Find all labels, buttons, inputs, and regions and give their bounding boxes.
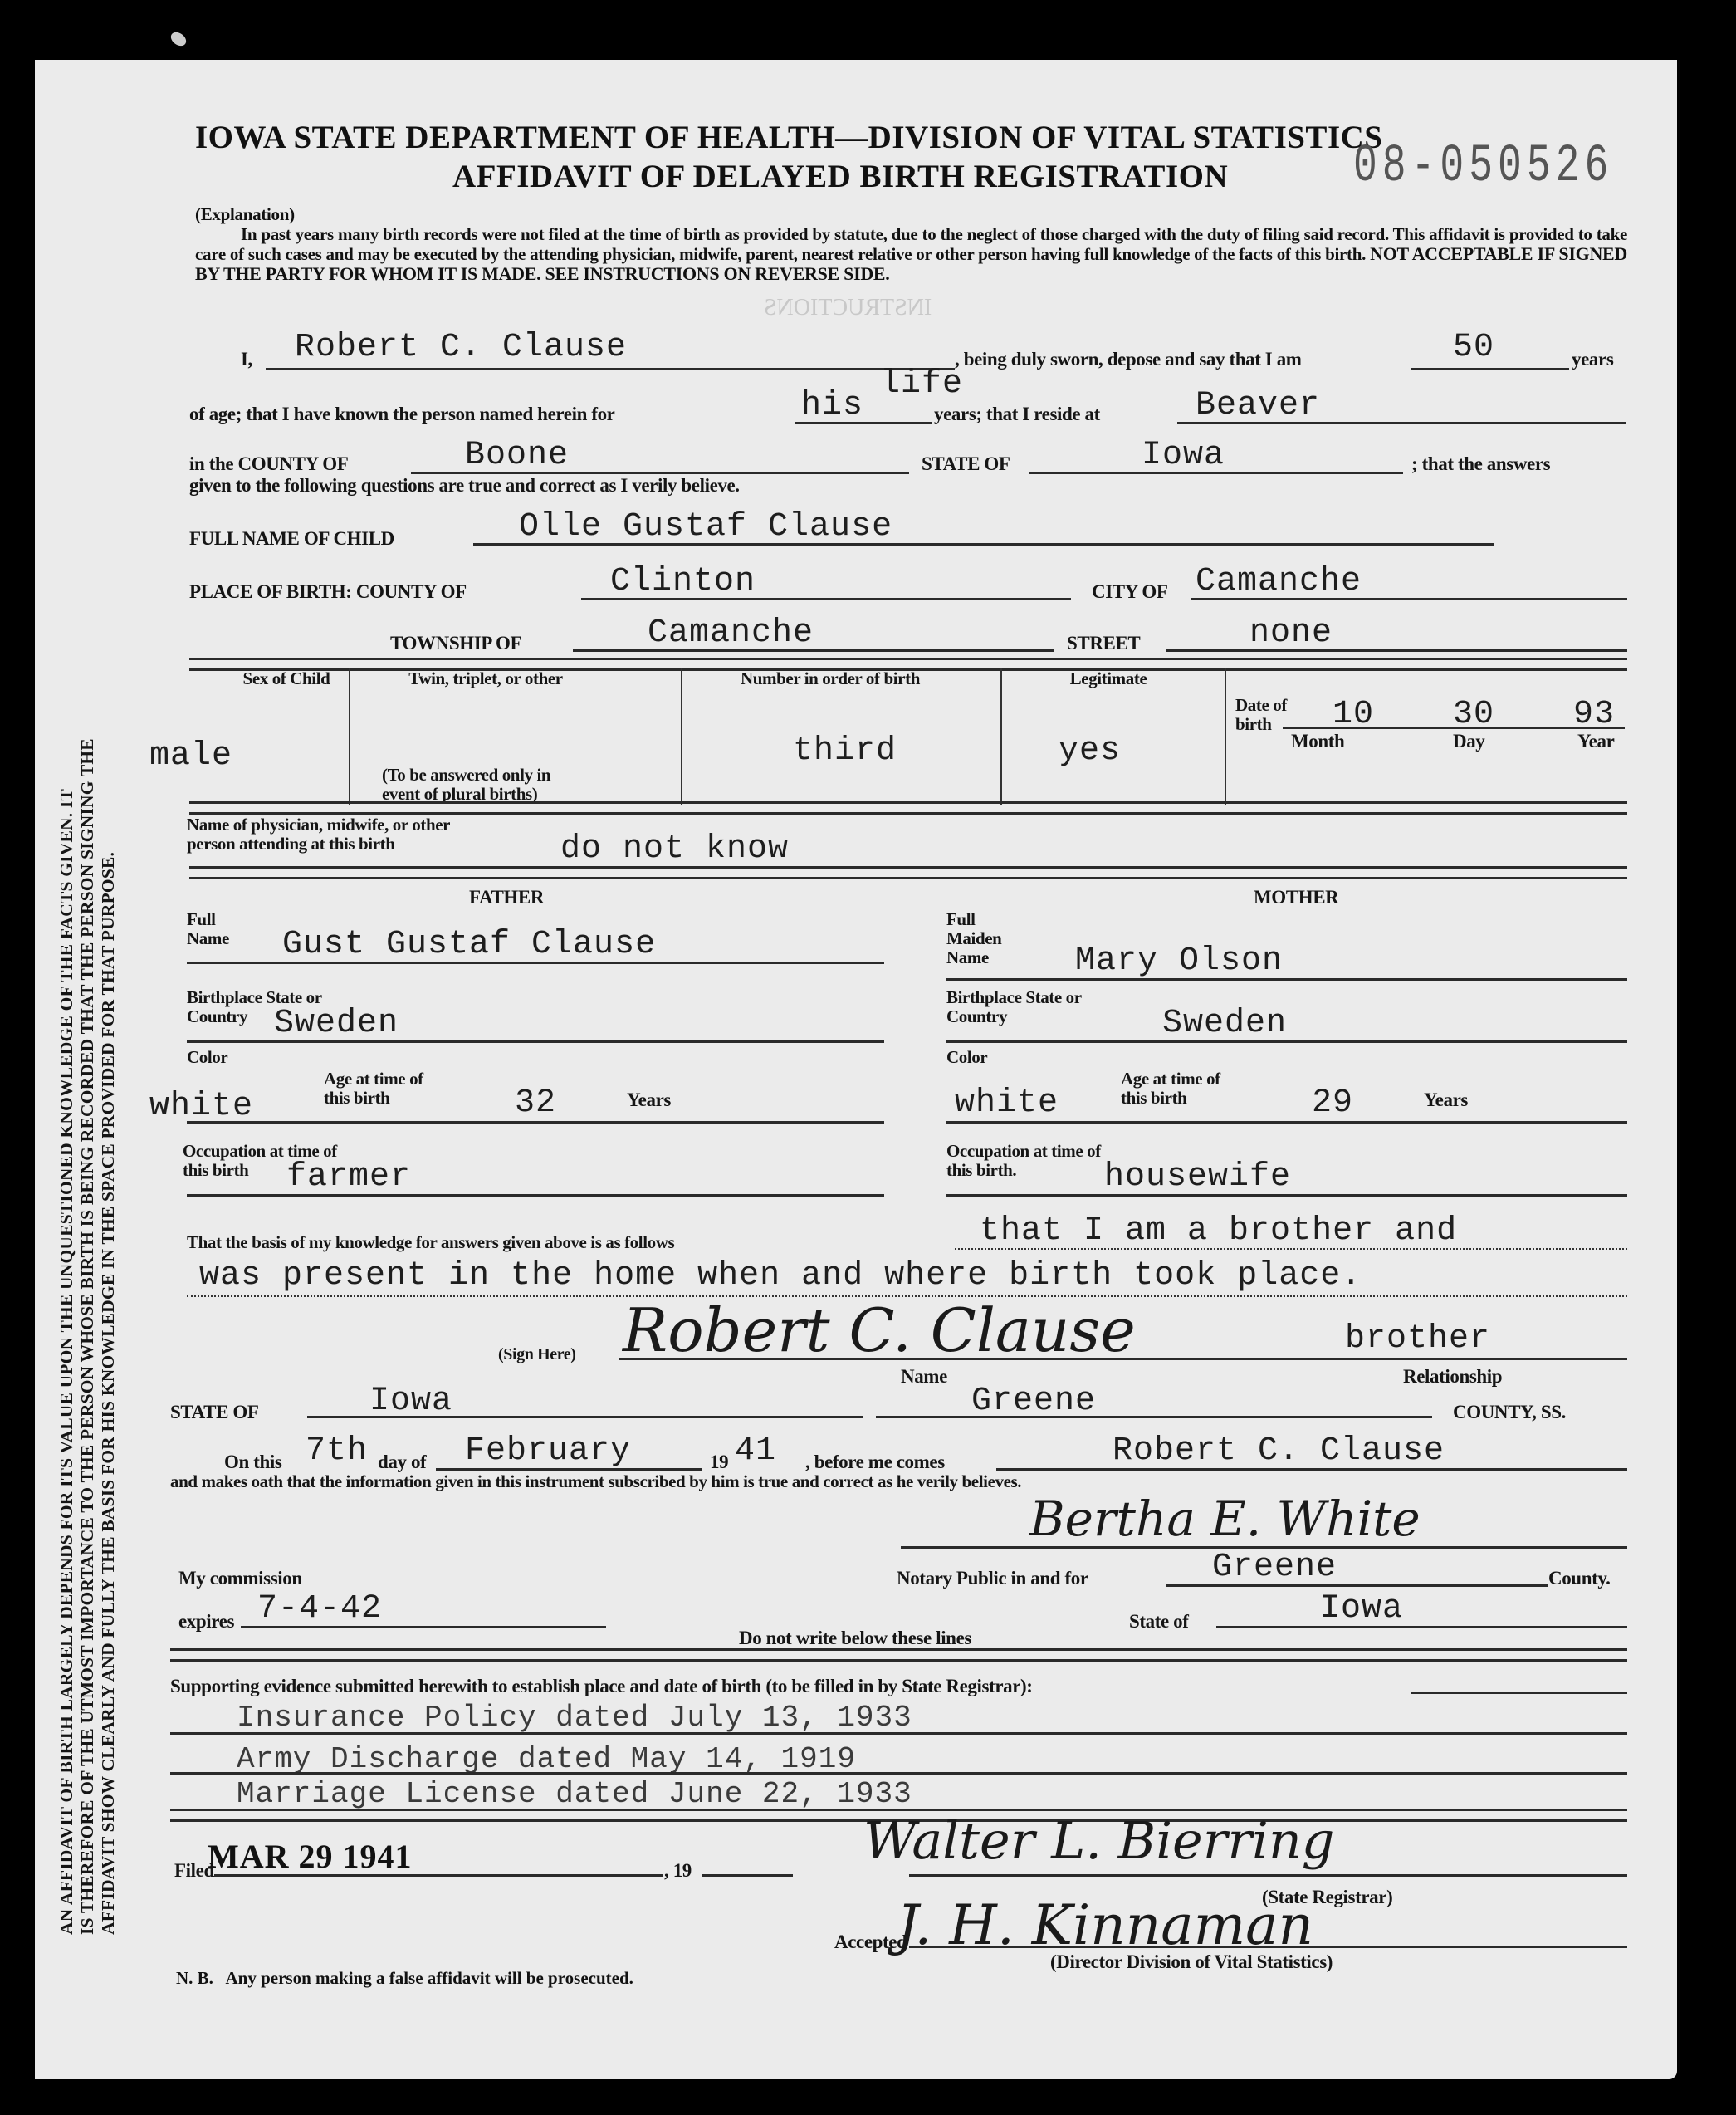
- table-divider: [349, 668, 350, 805]
- table-divider: [1225, 668, 1226, 805]
- label-mother-occupation: Occupation at time of this birth.: [946, 1142, 1129, 1180]
- label-township: TOWNSHIP OF: [390, 633, 521, 654]
- label-county-ss: COUNTY, SS.: [1453, 1402, 1566, 1423]
- label-19: 19: [710, 1452, 728, 1473]
- sidebar-notice-line: AFFIDAVIT SHOW CLEARLY AND FULLY THE BAS…: [98, 42, 119, 1935]
- form-title: AFFIDAVIT OF DELAYED BIRTH REGISTRATION: [452, 158, 1228, 195]
- table-divider: [681, 668, 682, 805]
- attendant-name[interactable]: do not know: [560, 830, 789, 868]
- reverse-bleed-text: INSTRUCTIONS: [764, 295, 932, 321]
- mother-name[interactable]: Mary Olson: [1075, 942, 1283, 980]
- attendant-line: [189, 866, 1627, 879]
- commission-expires[interactable]: 7-4-42: [257, 1590, 382, 1628]
- label-month: Month: [1291, 731, 1344, 752]
- label-place-of-birth: PLACE OF BIRTH: COUNTY OF: [189, 581, 467, 603]
- table-bottom-border: [189, 801, 1627, 815]
- birth-day[interactable]: 30: [1453, 696, 1494, 733]
- label-notary-state-of: State of: [1129, 1611, 1189, 1633]
- mother-occupation[interactable]: housewife: [1104, 1158, 1291, 1196]
- evidence-item[interactable]: Army Discharge dated May 14, 1919: [237, 1742, 856, 1776]
- affiant-state[interactable]: Iowa: [1142, 437, 1225, 474]
- evidence-line-1: [170, 1732, 1627, 1735]
- filed-19-line: [702, 1874, 793, 1877]
- sidebar-notice-line: AN AFFIDAVIT OF BIRTH LARGELY DEPENDS FO…: [56, 42, 77, 1935]
- do-not-write-notice: Do not write below these lines: [739, 1628, 971, 1649]
- label-child-name: FULL NAME OF CHILD: [189, 528, 394, 550]
- residence[interactable]: Beaver: [1196, 387, 1320, 424]
- child-full-name[interactable]: Olle Gustaf Clause: [519, 508, 892, 546]
- label-i: I,: [241, 349, 252, 370]
- father-color[interactable]: white: [149, 1088, 253, 1125]
- label-mother-years: Years: [1424, 1089, 1468, 1111]
- mother-color[interactable]: white: [955, 1084, 1059, 1122]
- father-occupation[interactable]: farmer: [286, 1158, 411, 1196]
- child-sex[interactable]: male: [149, 737, 232, 775]
- label-mother-age: Age at time of this birth: [1121, 1070, 1245, 1108]
- father-age[interactable]: 32: [515, 1084, 556, 1122]
- notary-signature[interactable]: Bertha E. White: [1029, 1491, 1421, 1547]
- label-father-years: Years: [627, 1089, 671, 1111]
- legitimate[interactable]: yes: [1059, 732, 1121, 770]
- father-name[interactable]: Gust Gustaf Clause: [282, 926, 656, 963]
- film-speck: [169, 30, 188, 49]
- filed-date-stamp: MAR 29 1941: [208, 1837, 413, 1876]
- notary-state-line-2: [1216, 1626, 1627, 1628]
- birth-order[interactable]: third: [793, 732, 897, 770]
- label-father-color: Color: [187, 1048, 227, 1067]
- label-county-dot: County.: [1548, 1568, 1611, 1589]
- label-sign-here: (Sign Here): [498, 1345, 576, 1364]
- label-years: years: [1572, 349, 1613, 370]
- mother-heading: MOTHER: [1254, 887, 1338, 908]
- col-header-twin: Twin, triplet, or other: [382, 669, 589, 688]
- label-relationship: Relationship: [1403, 1366, 1502, 1388]
- false-affidavit-notice: N. B. Any person making a false affidavi…: [176, 1968, 633, 1989]
- birth-street[interactable]: none: [1249, 614, 1333, 652]
- birth-month[interactable]: 10: [1333, 696, 1374, 733]
- evidence-item[interactable]: Insurance Policy dated July 13, 1933: [237, 1701, 912, 1735]
- notary-county[interactable]: Greene: [971, 1383, 1096, 1420]
- affiant-age-line: [1411, 368, 1569, 370]
- birth-year[interactable]: 93: [1573, 696, 1615, 733]
- label-notary-for: Notary Public in and for: [897, 1568, 1088, 1589]
- evidence-item[interactable]: Marriage License dated June 22, 1933: [237, 1777, 912, 1811]
- label-day: Day: [1453, 731, 1484, 752]
- label-mother-color: Color: [946, 1048, 987, 1067]
- mother-age[interactable]: 29: [1312, 1084, 1353, 1122]
- label-on-this: On this: [224, 1452, 281, 1473]
- file-number-stamp: 08-050526: [1353, 137, 1613, 197]
- col-header-legitimate: Legitimate: [1054, 669, 1162, 688]
- label-reside: years; that I reside at: [934, 404, 1100, 425]
- label-city: CITY OF: [1092, 581, 1168, 603]
- label-county: in the COUNTY OF: [189, 453, 348, 475]
- label-basis: That the basis of my knowledge for answe…: [187, 1232, 674, 1253]
- label-expires: expires: [178, 1611, 234, 1633]
- label-mother-name: Full Maiden Name: [946, 910, 1013, 967]
- col-header-sex: Sex of Child: [241, 669, 332, 688]
- twin-note: (To be answered only in event of plural …: [382, 766, 565, 804]
- director-signature: J. H. Kinnaman: [897, 1893, 1313, 1957]
- basis-line2[interactable]: was present in the home when and where b…: [199, 1257, 1362, 1295]
- table-divider: [1000, 668, 1002, 805]
- label-known: of age; that I have known the person nam…: [189, 404, 614, 425]
- label-notary-state: STATE OF: [170, 1402, 259, 1423]
- registrar-signature: Walter L. Bierring: [863, 1810, 1334, 1871]
- jurat-month[interactable]: February: [465, 1432, 631, 1470]
- jurat-year[interactable]: 41: [735, 1432, 776, 1470]
- oath-text: and makes oath that the information give…: [170, 1471, 1021, 1492]
- label-believe: given to the following questions are tru…: [189, 475, 740, 497]
- label-attendant: Name of physician, midwife, or other per…: [187, 815, 461, 854]
- evidence-line-0: [1411, 1692, 1627, 1694]
- father-birthplace[interactable]: Sweden: [274, 1005, 399, 1042]
- label-state: STATE OF: [922, 453, 1010, 475]
- known-for-life[interactable]: life: [880, 365, 963, 403]
- affiant-county[interactable]: Boone: [465, 437, 569, 474]
- basis-line1[interactable]: that I am a brother and: [980, 1212, 1457, 1250]
- relationship[interactable]: brother: [1345, 1320, 1490, 1358]
- label-sworn: , being duly sworn, depose and say that …: [955, 349, 1302, 370]
- explanation-label: (Explanation): [195, 204, 295, 224]
- label-filed-19: , 19: [664, 1860, 692, 1882]
- mother-name-line: [946, 978, 1627, 981]
- notary-for-state[interactable]: Iowa: [1320, 1590, 1403, 1628]
- affiant-age[interactable]: 50: [1453, 329, 1494, 366]
- label-director: (Director Division of Vital Statistics): [1050, 1951, 1333, 1973]
- notary-state[interactable]: Iowa: [369, 1383, 452, 1420]
- jurat-day[interactable]: 7th: [306, 1432, 368, 1470]
- department-title: IOWA STATE DEPARTMENT OF HEALTH—DIVISION…: [195, 119, 1382, 156]
- street-line: [1166, 649, 1627, 652]
- explanation-text: In past years many birth records were no…: [195, 224, 1627, 284]
- col-header-order: Number in order of birth: [739, 669, 922, 688]
- label-name: Name: [901, 1366, 947, 1388]
- label-street: STREET: [1067, 633, 1140, 654]
- label-commission: My commission: [178, 1568, 302, 1589]
- known-for-his[interactable]: his: [801, 387, 863, 424]
- sidebar-notice-line: IS THEREFORE OF THE UTMOST IMPORTANCE TO…: [77, 42, 98, 1935]
- label-supporting-evidence: Supporting evidence submitted herewith t…: [170, 1676, 1033, 1697]
- label-mother-birthplace: Birthplace State or Country: [946, 988, 1113, 1026]
- mother-age-line: [946, 1121, 1627, 1124]
- notary-county-line: [876, 1416, 1432, 1418]
- label-before-me: , before me comes: [805, 1452, 945, 1473]
- sidebar-notice: AN AFFIDAVIT OF BIRTH LARGELY DEPENDS FO…: [56, 42, 119, 1935]
- birth-city[interactable]: Camanche: [1196, 563, 1362, 600]
- registrar-divider: [170, 1648, 1627, 1662]
- birth-township[interactable]: Camanche: [648, 614, 814, 652]
- label-father-age: Age at time of this birth: [324, 1070, 448, 1108]
- affiant-name-line: [266, 368, 955, 370]
- notary-for-county[interactable]: Greene: [1212, 1549, 1337, 1586]
- label-day-of: day of: [378, 1452, 426, 1473]
- affiant-name[interactable]: Robert C. Clause: [295, 329, 627, 366]
- father-heading: FATHER: [469, 887, 544, 908]
- label-answers: ; that the answers: [1411, 453, 1550, 475]
- birth-county[interactable]: Clinton: [610, 563, 756, 600]
- affiant-signature[interactable]: Robert C. Clause: [623, 1295, 1136, 1365]
- label-year: Year: [1577, 731, 1614, 752]
- father-age-line: [187, 1121, 884, 1124]
- evidence-line-2: [170, 1772, 1627, 1775]
- label-father-name: Full Name: [187, 910, 237, 948]
- jurat-person[interactable]: Robert C. Clause: [1113, 1432, 1445, 1470]
- registrar-line: [909, 1874, 1627, 1877]
- mother-birthplace[interactable]: Sweden: [1162, 1005, 1287, 1042]
